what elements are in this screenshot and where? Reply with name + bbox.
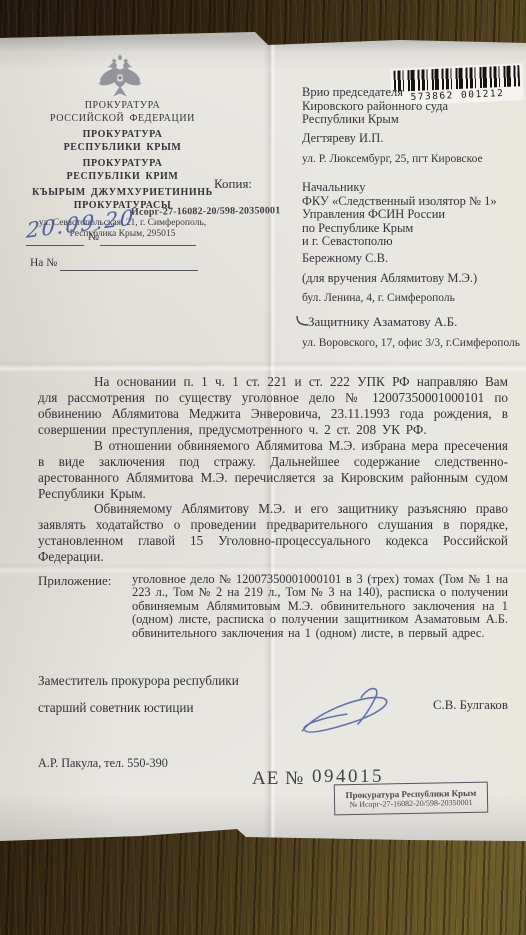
number-label: № [88,231,99,243]
org-crimea-ua-line2: РЕСПУБЛІКИ КРИМ [20,171,225,184]
signer-position-2: старший советник юстиции [38,700,194,716]
defender-address: ул. Воровского, 17, офис 3/3, г.Симфероп… [302,337,522,351]
court-line: Республики Крым [302,113,522,127]
court-line: Врио председателя [302,86,522,100]
defender: Защитнику Азаматову А.Б. [308,315,526,329]
sizo-delivery-note: (для вручения Аблямитову М.Э.) [302,272,522,286]
sizo-address: бул. Ленина, 4, г. Симферополь [302,292,522,306]
document-photo: ПРОКУРАТУРА РОССИЙСКОЙ ФЕДЕРАЦИИ ПРОКУРА… [0,0,526,935]
sizo-person: Бережному С.В. [302,252,522,266]
stamp-number-line: № Исорг-27-16082-20/598-20350001 [335,797,487,809]
org-crimea-ru-line2: РЕСПУБЛИКИ КРЫМ [20,142,225,155]
horizontal-crease [0,360,526,372]
sizo-line: и г. Севастополю [302,235,522,249]
letter-page: ПРОКУРАТУРА РОССИЙСКОЙ ФЕДЕРАЦИИ ПРОКУРА… [0,0,526,935]
registration-stamp: Прокуратура Республики Крым № Исорг-27-1… [334,782,489,816]
body-paragraph-2: В отношении обвиняемого Аблямитова М.Э. … [38,438,508,502]
court-line: Кировского районного суда [302,100,522,114]
court-address: ул. Р. Люксембург, 25, пгт Кировское [302,153,522,167]
addressee-court: Врио председателя Кировского районного с… [302,86,522,127]
sizo-line: Управления ФСИН России [302,208,522,222]
attachment-text: уголовное дело № 12007350001000101 в 3 (… [132,573,508,640]
copy-label: Копия: [214,176,252,192]
signer-position-1: Заместитель прокурора республики [38,673,239,689]
sizo-line: ФКУ «Следственный изолятор № 1» [302,195,522,209]
sizo-line: Начальнику [302,181,522,195]
reply-to-label: На № [30,257,57,269]
signer-name: С.В. Булгаков [433,698,508,713]
margin-mark [295,314,309,332]
blank-line [100,245,196,246]
body-paragraph-3: Обвиняемому Аблямитову М.Э. и его защитн… [38,501,508,565]
org-crimea-ru-line1: ПРОКУРАТУРА [20,129,225,142]
org-crimea-tat-line1: КЪЫРЫМ ДЖУМХУРИЕТИНИНЬ [20,187,225,200]
attachment-label: Приложение: [38,573,111,589]
body-paragraph-1: На основании п. 1 ч. 1 ст. 221 и ст. 222… [38,374,508,438]
outgoing-number-overlay: Исорг-27-16082-20/598-20350001 [131,205,281,218]
executor-contact: А.Р. Пакула, тел. 550-390 [38,756,168,771]
court-person: Дегтяреву И.П. [302,132,522,146]
org-crimea-ua-line1: ПРОКУРАТУРА [20,158,225,171]
sizo-line: по Республике Крым [302,222,522,236]
blank-line [26,245,84,246]
signature [290,680,406,751]
org-rf-line1: ПРОКУРАТУРА [20,100,225,113]
blank-line [60,270,198,271]
form-series: АЕ № [252,768,304,790]
addressee-sizo: Начальнику ФКУ «Следственный изолятор № … [302,181,522,249]
coat-of-arms-icon [96,54,144,105]
org-rf-line2: РОССИЙСКОЙ ФЕДЕРАЦИИ [20,113,225,126]
